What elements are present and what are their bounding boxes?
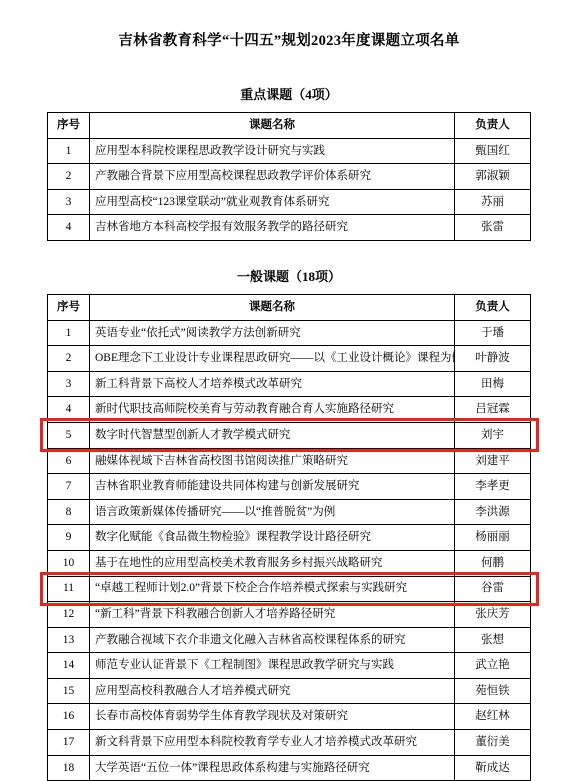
cell-leader: 田梅 (455, 371, 531, 397)
cell-leader: 何鹏 (455, 550, 531, 576)
cell-leader: 李洪源 (455, 499, 531, 525)
cell-no: 6 (48, 448, 90, 474)
cell-no: 4 (48, 215, 90, 241)
cell-leader: 苑恒铁 (455, 678, 531, 704)
table-row: 13产教融合视域下衣介非遗文化融入吉林省高校课程体系的研究张想 (48, 627, 531, 653)
cell-title: 应用型高校科教融合人才培养模式研究 (90, 678, 455, 704)
cell-no: 1 (48, 320, 90, 346)
cell-title: 师范专业认证背景下《工程制图》课程思政教学研究与实践 (90, 653, 455, 679)
cell-leader: 刘宇 (455, 422, 531, 448)
cell-title: OBE理念下工业设计专业课程思政研究——以《工业设计概论》课程为例 (90, 346, 455, 372)
cell-no: 17 (48, 730, 90, 756)
cell-leader: 张雷 (455, 215, 531, 241)
cell-title: 数字时代智慧型创新人才教学模式研究 (90, 422, 455, 448)
section-title-general-projects: 一般课题（18项） (0, 266, 578, 285)
cell-title: 新文科背景下应用型本科院校教育学专业人才培养模式改革研究 (90, 730, 455, 756)
cell-leader: 叶静波 (455, 346, 531, 372)
table-row: 12“新工科”背景下科教融合创新人才培养路径研究张庆芳 (48, 602, 531, 628)
cell-no: 1 (48, 138, 90, 164)
column-header-leader: 负责人 (455, 113, 531, 139)
document-title: 吉林省教育科学“十四五”规划2023年度课题立项名单 (0, 0, 578, 50)
cell-title: “新工科”背景下科教融合创新人才培养路径研究 (90, 602, 455, 628)
table-row: 9数字化赋能《食品微生物检验》课程教学设计路径研究杨丽丽 (48, 525, 531, 551)
cell-no: 3 (48, 371, 90, 397)
table-row: 4吉林省地方本科高校学报有效服务教学的路径研究张雷 (48, 215, 531, 241)
cell-leader: 董衍美 (455, 730, 531, 756)
section-title-key-projects: 重点课题（4项） (0, 84, 578, 103)
cell-leader: 李孝更 (455, 474, 531, 500)
key-projects-table: 序号 课题名称 负责人 1应用型本科院校课程思政教学设计研究与实践甄国红2产教融… (47, 112, 531, 241)
cell-title: 基于在地性的应用型高校美术教育服务乡村振兴战略研究 (90, 550, 455, 576)
cell-leader: 张想 (455, 627, 531, 653)
table-row: 3应用型高校“123课堂联动”就业观教育体系研究苏丽 (48, 189, 531, 215)
table-row: 7吉林省职业教育师能建设共同体构建与创新发展研究李孝更 (48, 474, 531, 500)
cell-leader: 刘建平 (455, 448, 531, 474)
table-row: 14师范专业认证背景下《工程制图》课程思政教学研究与实践武立艳 (48, 653, 531, 679)
cell-no: 4 (48, 397, 90, 423)
cell-title: 吉林省地方本科高校学报有效服务教学的路径研究 (90, 215, 455, 241)
table-header-row: 序号 课题名称 负责人 (48, 294, 531, 320)
table-header-row: 序号 课题名称 负责人 (48, 113, 531, 139)
column-header-title: 课题名称 (90, 113, 455, 139)
cell-title: 产教融合视域下衣介非遗文化融入吉林省高校课程体系的研究 (90, 627, 455, 653)
key-projects-section: 重点课题（4项） 序号 课题名称 负责人 1应用型本科院校课程思政教学设计研究与… (0, 84, 578, 241)
cell-title: 语言政策新媒体传播研究——以“推普脱贫”为例 (90, 499, 455, 525)
cell-no: 9 (48, 525, 90, 551)
cell-leader: 苏丽 (455, 189, 531, 215)
cell-no: 2 (48, 346, 90, 372)
table-row: 10基于在地性的应用型高校美术教育服务乡村振兴战略研究何鹏 (48, 550, 531, 576)
cell-no: 13 (48, 627, 90, 653)
table-row: 1英语专业“依托式”阅读教学方法创新研究于璠 (48, 320, 531, 346)
column-header-title: 课题名称 (90, 294, 455, 320)
general-projects-table: 序号 课题名称 负责人 1英语专业“依托式”阅读教学方法创新研究于璠2OBE理念… (47, 294, 531, 781)
table-row: 2OBE理念下工业设计专业课程思政研究——以《工业设计概论》课程为例叶静波 (48, 346, 531, 372)
table-row: 1应用型本科院校课程思政教学设计研究与实践甄国红 (48, 138, 531, 164)
cell-leader: 赵红林 (455, 704, 531, 730)
table-row: 4新时代职技高师院校美育与劳动教育融合育人实施路径研究吕冠霖 (48, 397, 531, 423)
table-row: 6融媒体视域下吉林省高校图书馆阅读推广策略研究刘建平 (48, 448, 531, 474)
column-header-no: 序号 (48, 113, 90, 139)
cell-no: 5 (48, 422, 90, 448)
cell-title: 大学英语“五位一体”课程思政体系构建与实施路径研究 (90, 755, 455, 781)
cell-title: 应用型本科院校课程思政教学设计研究与实践 (90, 138, 455, 164)
cell-title: 长春市高校体育弱势学生体育教学现状及对策研究 (90, 704, 455, 730)
table-row: 15应用型高校科教融合人才培养模式研究苑恒铁 (48, 678, 531, 704)
cell-title: 英语专业“依托式”阅读教学方法创新研究 (90, 320, 455, 346)
cell-title: 新工科背景下高校人才培养模式改革研究 (90, 371, 455, 397)
key-projects-rows: 1应用型本科院校课程思政教学设计研究与实践甄国红2产教融合背景下应用型高校课程思… (48, 138, 531, 240)
cell-leader: 杨丽丽 (455, 525, 531, 551)
general-projects-section: 一般课题（18项） 序号 课题名称 负责人 1英语专业“依托式”阅读教学方法创新… (0, 266, 578, 781)
table-row: 18大学英语“五位一体”课程思政体系构建与实施路径研究靳成达 (48, 755, 531, 781)
cell-no: 14 (48, 653, 90, 679)
cell-no: 7 (48, 474, 90, 500)
cell-title: 产教融合背景下应用型高校课程思政教学评价体系研究 (90, 164, 455, 190)
table-row: 17新文科背景下应用型本科院校教育学专业人才培养模式改革研究董衍美 (48, 730, 531, 756)
column-header-leader: 负责人 (455, 294, 531, 320)
cell-title: 融媒体视域下吉林省高校图书馆阅读推广策略研究 (90, 448, 455, 474)
table-row: 16长春市高校体育弱势学生体育教学现状及对策研究赵红林 (48, 704, 531, 730)
cell-no: 12 (48, 602, 90, 628)
table-row: 5数字时代智慧型创新人才教学模式研究刘宇 (48, 422, 531, 448)
cell-no: 8 (48, 499, 90, 525)
cell-leader: 靳成达 (455, 755, 531, 781)
cell-leader: 甄国红 (455, 138, 531, 164)
cell-no: 10 (48, 550, 90, 576)
table-row: 3新工科背景下高校人才培养模式改革研究田梅 (48, 371, 531, 397)
cell-title: 应用型高校“123课堂联动”就业观教育体系研究 (90, 189, 455, 215)
general-projects-rows: 1英语专业“依托式”阅读教学方法创新研究于璠2OBE理念下工业设计专业课程思政研… (48, 320, 531, 781)
cell-leader: 武立艳 (455, 653, 531, 679)
cell-leader: 谷雷 (455, 576, 531, 602)
cell-leader: 张庆芳 (455, 602, 531, 628)
cell-no: 16 (48, 704, 90, 730)
cell-leader: 吕冠霖 (455, 397, 531, 423)
cell-no: 3 (48, 189, 90, 215)
column-header-no: 序号 (48, 294, 90, 320)
cell-no: 18 (48, 755, 90, 781)
document-page: 吉林省教育科学“十四五”规划2023年度课题立项名单 重点课题（4项） 序号 课… (0, 0, 578, 781)
table-row: 11“卓越工程师计划2.0”背景下校企合作培养模式探索与实践研究谷雷 (48, 576, 531, 602)
cell-title: “卓越工程师计划2.0”背景下校企合作培养模式探索与实践研究 (90, 576, 455, 602)
cell-title: 新时代职技高师院校美育与劳动教育融合育人实施路径研究 (90, 397, 455, 423)
cell-no: 11 (48, 576, 90, 602)
cell-leader: 于璠 (455, 320, 531, 346)
cell-leader: 郭淑颖 (455, 164, 531, 190)
table-row: 8语言政策新媒体传播研究——以“推普脱贫”为例李洪源 (48, 499, 531, 525)
cell-title: 数字化赋能《食品微生物检验》课程教学设计路径研究 (90, 525, 455, 551)
cell-no: 2 (48, 164, 90, 190)
table-row: 2产教融合背景下应用型高校课程思政教学评价体系研究郭淑颖 (48, 164, 531, 190)
cell-title: 吉林省职业教育师能建设共同体构建与创新发展研究 (90, 474, 455, 500)
cell-no: 15 (48, 678, 90, 704)
